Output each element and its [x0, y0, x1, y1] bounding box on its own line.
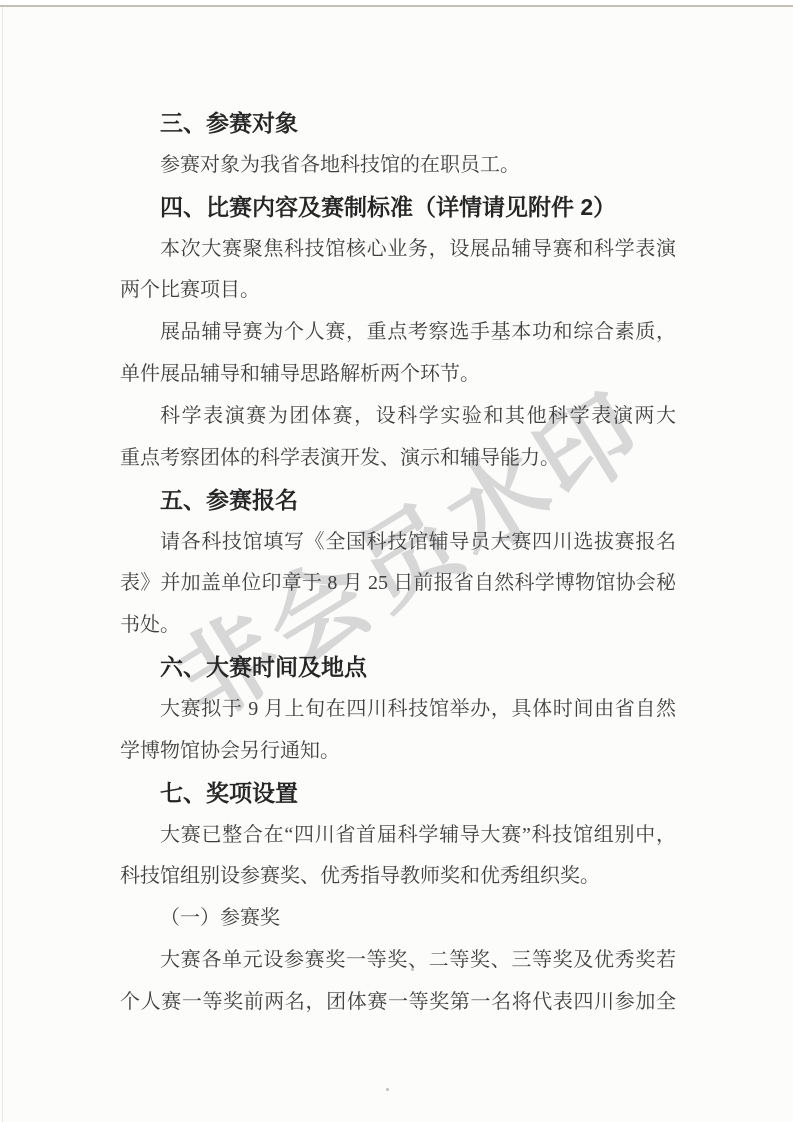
text-line: 本次大赛聚焦科技馆核心业务，设展品辅导赛和科学表演赛 [120, 229, 676, 271]
section-heading: 七、奖项设置 [120, 773, 676, 815]
text-line: 单件展品辅导和辅导思路解析两个环节。 [120, 354, 676, 396]
text-line: 学博物馆协会另行通知。 [120, 731, 676, 773]
text-line: 大赛已整合在“四川省首届科学辅导大赛”科技馆组别中， [120, 815, 676, 857]
document-body: 三、参赛对象参赛对象为我省各地科技馆的在职员工。四、比赛内容及赛制标准（详情请见… [120, 103, 676, 1024]
scan-edge-line [0, 5, 793, 7]
text-line: 参赛对象为我省各地科技馆的在职员工。 [120, 145, 676, 187]
text-line: 请各科技馆填写《全国科技馆辅导员大赛四川选拔赛报名 [120, 522, 676, 564]
scan-speck [386, 1088, 389, 1091]
text-line: 展品辅导赛为个人赛，重点考察选手基本功和综合素质，设 [120, 312, 676, 354]
text-line: 科学表演赛为团体赛，设科学实验和其他科学表演两大类， [120, 396, 676, 438]
text-line: 大赛拟于 9 月上旬在四川科技馆举办，具体时间由省自然科 [120, 689, 676, 731]
section-heading: 三、参赛对象 [120, 103, 676, 145]
text-line: 重点考察团体的科学表演开发、演示和辅导能力。 [120, 438, 676, 480]
section-heading: 四、比赛内容及赛制标准（详情请见附件 2） [120, 187, 676, 229]
text-line: （一）参赛奖 [120, 898, 676, 940]
text-line: 个人赛一等奖前两名，团体赛一等奖第一名将代表四川参加全国 [120, 982, 676, 1024]
section-heading: 六、大赛时间及地点 [120, 647, 676, 689]
scanned-document-page: 非会员水印 三、参赛对象参赛对象为我省各地科技馆的在职员工。四、比赛内容及赛制标… [0, 0, 793, 1122]
text-line: 大赛各单元设参赛奖一等奖、二等奖、三等奖及优秀奖若干， [120, 940, 676, 982]
text-line: 科技馆组别设参赛奖、优秀指导教师奖和优秀组织奖。 [120, 856, 676, 898]
text-line: 表》并加盖单位印章于 8 月 25 日前报省自然科学博物馆协会秘 [120, 563, 676, 605]
text-line: 两个比赛项目。 [120, 270, 676, 312]
text-line: 书处。 [120, 605, 676, 647]
scan-left-edge-line [2, 7, 3, 1122]
section-heading: 五、参赛报名 [120, 480, 676, 522]
